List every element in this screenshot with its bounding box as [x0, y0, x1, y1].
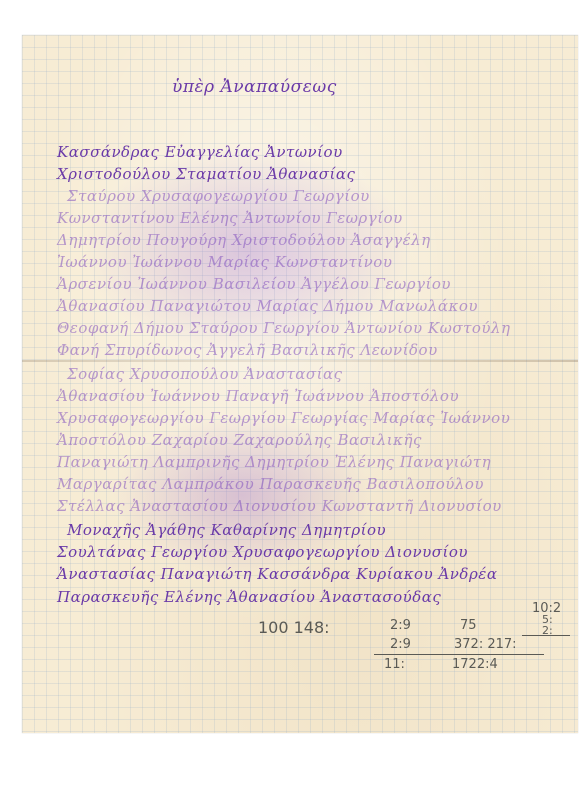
- name-line: Ἰωάννου Ἰωάννου Μαρίας Κωνσταντίνου: [57, 253, 392, 271]
- pencil-calc: 2:9: [390, 637, 411, 652]
- name-line: Σταύρου Χρυσαφογεωργίου Γεωργίου: [67, 187, 370, 205]
- name-line: Θεοφανή Δήμου Σταύρου Γεωργίου Ἀντωνίου …: [57, 319, 511, 337]
- name-line: Ἀρσενίου Ἰωάννου Βασιλείου Ἀγγέλου Γεωργ…: [57, 275, 451, 293]
- name-line: Σουλτάνας Γεωργίου Χρυσαφογεωργίου Διονυ…: [57, 543, 468, 561]
- pencil-calc: 75: [460, 618, 477, 633]
- handwritten-page: ὑπὲρ Ἀναπαύσεως Κασσάνδρας Εὐαγγελίας Ἀν…: [22, 35, 578, 733]
- name-line: Παρασκευῆς Ελένης Ἀθανασίου Ἀναστασούδας: [57, 588, 441, 606]
- name-line: Ἀποστόλου Ζαχαρίου Ζαχαρούλης Βασιλικῆς: [57, 431, 422, 449]
- name-line: Χριστοδούλου Σταματίου Ἀθανασίας: [57, 165, 355, 183]
- pencil-calc: 1722:4: [452, 657, 498, 672]
- sum-rule: [374, 654, 444, 655]
- name-line: Μαργαρίτας Λαμπράκου Παρασκευῆς Βασιλοπο…: [57, 475, 484, 493]
- sum-rule: [522, 635, 570, 636]
- name-line: Μοναχῆς Ἀγάθης Καθαρίνης Δημητρίου: [67, 521, 386, 539]
- name-line: Ἀθανασίου Παναγιώτου Μαρίας Δήμου Μανωλά…: [57, 297, 478, 315]
- name-line: Φανή Σπυρίδωνος Ἀγγελῆ Βασιλικῆς Λεωνίδο…: [57, 341, 438, 359]
- pencil-calc: 2:9: [390, 618, 411, 633]
- pencil-calc: 11:: [384, 657, 405, 672]
- name-line: Ἀναστασίας Παναγιώτη Κασσάνδρα Κυρίακου …: [57, 565, 497, 583]
- name-line: Σοφίας Χρυσοπούλου Ἀναστασίας: [67, 365, 343, 383]
- sum-rule: [444, 654, 544, 655]
- pencil-calc: 372: 217:: [454, 637, 517, 652]
- pencil-sum-left: 100 148:: [258, 618, 330, 637]
- name-line: Χρυσαφογεωργίου Γεωργίου Γεωργίας Μαρίας…: [57, 409, 510, 427]
- name-line: Ἀθανασίου Ἰωάννου Παναγῆ Ἰωάννου Ἀποστόλ…: [57, 387, 459, 405]
- paper-crease: [22, 360, 578, 362]
- name-line: Παναγιώτη Λαμπρινῆς Δημητρίου Ἐλένης Παν…: [57, 453, 491, 471]
- name-line: Δημητρίου Πουγούρη Χριστοδούλου Ἀσαγγέλη: [57, 231, 431, 249]
- name-line: Στέλλας Ἀναστασίου Διονυσίου Κωνσταντῆ Δ…: [57, 497, 502, 515]
- document-title: ὑπὲρ Ἀναπαύσεως: [172, 77, 337, 97]
- name-line: Κωνσταντίνου Ελένης Ἀντωνίου Γεωργίου: [57, 209, 403, 227]
- name-line: Κασσάνδρας Εὐαγγελίας Ἀντωνίου: [57, 143, 343, 161]
